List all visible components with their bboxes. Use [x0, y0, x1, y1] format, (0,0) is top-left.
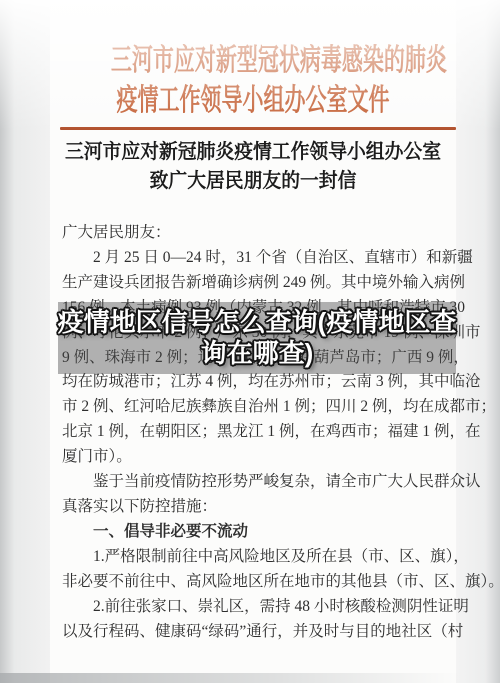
photo-left-margin [0, 0, 52, 683]
document-title-line1: 三河市应对新冠肺炎疫情工作领导小组办公室 [62, 140, 444, 164]
document-line: 2.前往张家口、崇礼区，需持 48 小时核酸检测阴性证明 [62, 595, 446, 620]
document-body: 广大居民朋友：2 月 25 日 0—24 时，31 个省（自治区、直辖市）和新疆… [62, 221, 446, 644]
document-line: 2 月 25 日 0—24 时，31 个省（自治区、直辖市）和新疆 [62, 246, 446, 271]
document-line: 非必要不前往中、高风险地区所在地市的其他县（市、区、旗）。 [62, 570, 446, 595]
document-line: 以及行程码、健康码“绿码”通行，并及时与目的地社区（村 [62, 620, 446, 645]
document-line: 广大居民朋友： [62, 221, 446, 246]
document-line: 鉴于当前疫情防控形势严峻复杂，请全市广大人民群众认 [62, 470, 446, 495]
caption-line1: 疫情地区信号怎么查询(疫情地区查 [58, 307, 457, 338]
document-title-line2: 致广大居民朋友的一封信 [62, 169, 444, 193]
photo-edge-shadow [0, 673, 460, 683]
document-line: 一、倡导非必要不流动 [62, 520, 446, 545]
letterhead-line1: 三河市应对新型冠状病毒感染的肺炎 [111, 45, 395, 77]
letterhead-line2: 疫情工作领导小组办公室文件 [111, 85, 395, 117]
document-line: 北京 1 例，在朝阳区；黑龙江 1 例，在鸡西市；福建 1 例，在 [62, 420, 446, 445]
caption-overlay-band: 疫情地区信号怎么查询(疫情地区查 询在哪查) [58, 302, 456, 374]
letterhead-divider [60, 127, 456, 130]
caption-line2: 询在哪查) [201, 338, 314, 369]
document-line: 均在防城港市；江苏 4 例，均在苏州市；云南 3 例，其中临沧 [62, 370, 446, 395]
document-line: 1.严格限制前往中高风险地区及所在县（市、区、旗）， [62, 545, 446, 570]
document-line: 市 2 例、红河哈尼族彝族自治州 1 例；四川 2 例，均在成都市； [62, 395, 446, 420]
document-line: 生产建设兵团报告新增确诊病例 249 例。其中境外输入病例 [62, 271, 446, 296]
document-line: 厦门市）。 [62, 445, 446, 470]
document-photo: 三河市应对新型冠状病毒感染的肺炎 疫情工作领导小组办公室文件 三河市应对新冠肺炎… [0, 0, 500, 683]
document-line: 真落实以下防控措施： [62, 495, 446, 520]
